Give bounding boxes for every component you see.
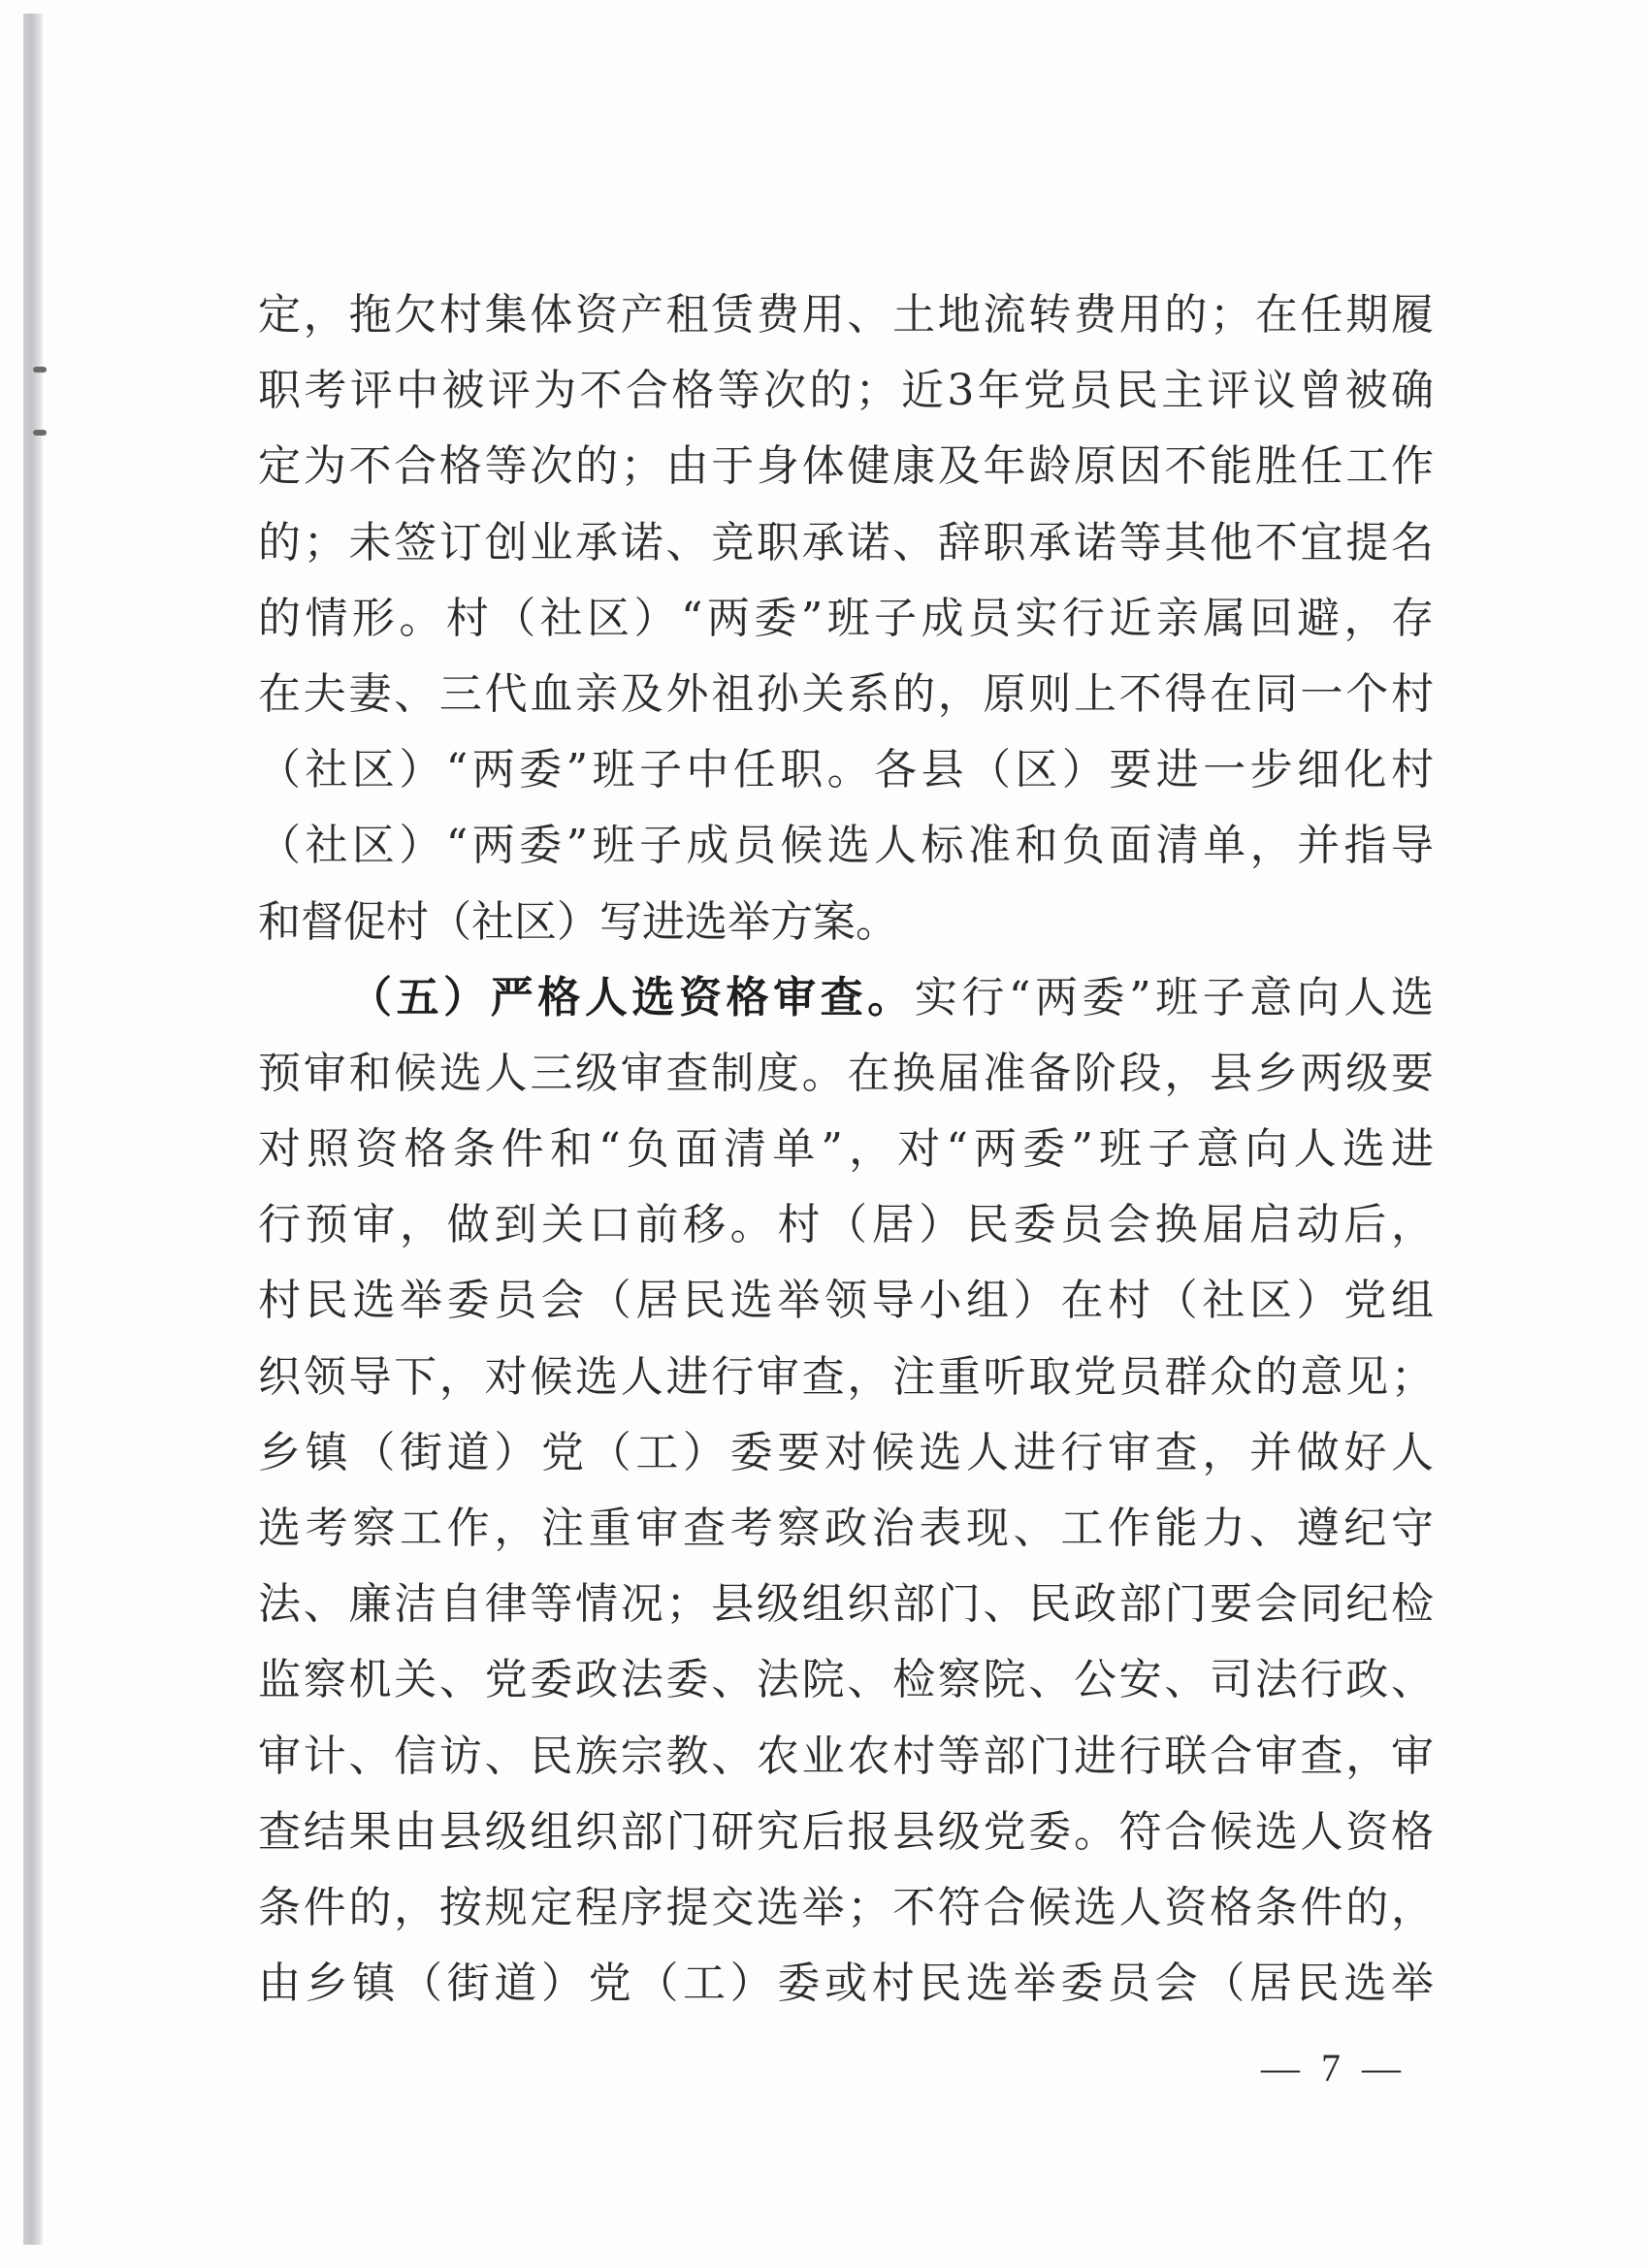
- body-line: 法、廉洁自律等情况；县级组织部门、民政部门要会同纪检: [258, 1578, 1434, 1654]
- body-line: 预审和候选人三级审查制度。在换届准备阶段，县乡两级要: [258, 1048, 1434, 1123]
- body-line: （社区）“两委”班子中任职。各县（区）要进一步细化村: [258, 744, 1434, 820]
- body-line: 和督促村（社区）写进选举方案。: [258, 896, 1434, 972]
- section-heading: （五）严格人选资格审查。: [349, 973, 915, 1022]
- body-line: 织领导下，对候选人进行审查，注重听取党员群众的意见；: [258, 1351, 1434, 1427]
- document-body: 定，拖欠村集体资产租赁费用、土地流转费用的；在任期履 职考评中被评为不合格等次的…: [258, 289, 1434, 2033]
- body-line: 监察机关、党委政法委、法院、检察院、公安、司法行政、: [258, 1654, 1434, 1730]
- section-heading-line: （五）严格人选资格审查。实行“两委”班子意向人选: [258, 972, 1434, 1048]
- page-number: — 7 —: [1261, 2045, 1406, 2090]
- binding-notch: [33, 367, 47, 373]
- body-line: 行预审，做到关口前移。村（居）民委员会换届启动后，: [258, 1199, 1434, 1275]
- scanned-page: 定，拖欠村集体资产租赁费用、土地流转费用的；在任期履 职考评中被评为不合格等次的…: [0, 0, 1649, 2268]
- body-line: 选考察工作，注重审查考察政治表现、工作能力、遵纪守: [258, 1503, 1434, 1578]
- body-line: 查结果由县级组织部门研究后报县级党委。符合候选人资格: [258, 1806, 1434, 1882]
- body-line: 条件的，按规定程序提交选举；不符合候选人资格条件的，: [258, 1882, 1434, 1958]
- body-line: 定为不合格等次的；由于身体健康及年龄原因不能胜任工作: [258, 440, 1434, 516]
- section-heading-continuation: 实行“两委”班子意向人选: [915, 973, 1434, 1022]
- body-line: 的；未签订创业承诺、竞职承诺、辞职承诺等其他不宜提名: [258, 517, 1434, 593]
- body-line: 在夫妻、三代血亲及外祖孙关系的，原则上不得在同一个村: [258, 668, 1434, 744]
- binding-notch: [33, 430, 47, 436]
- body-line: 乡镇（街道）党（工）委要对候选人进行审查，并做好人: [258, 1427, 1434, 1503]
- body-line: 定，拖欠村集体资产租赁费用、土地流转费用的；在任期履: [258, 289, 1434, 365]
- body-line: （社区）“两委”班子成员候选人标准和负面清单，并指导: [258, 820, 1434, 895]
- body-line: 村民选举委员会（居民选举领导小组）在村（社区）党组: [258, 1275, 1434, 1350]
- body-line: 审计、信访、民族宗教、农业农村等部门进行联合审查，审: [258, 1731, 1434, 1806]
- binding-strip: [23, 14, 43, 2245]
- body-line: 职考评中被评为不合格等次的；近3年党员民主评议曾被确: [258, 365, 1434, 440]
- body-line: 对照资格条件和“负面清单”，对“两委”班子意向人选进: [258, 1123, 1434, 1199]
- body-line: 的情形。村（社区）“两委”班子成员实行近亲属回避，存: [258, 593, 1434, 668]
- body-line: 由乡镇（街道）党（工）委或村民选举委员会（居民选举: [258, 1958, 1434, 2033]
